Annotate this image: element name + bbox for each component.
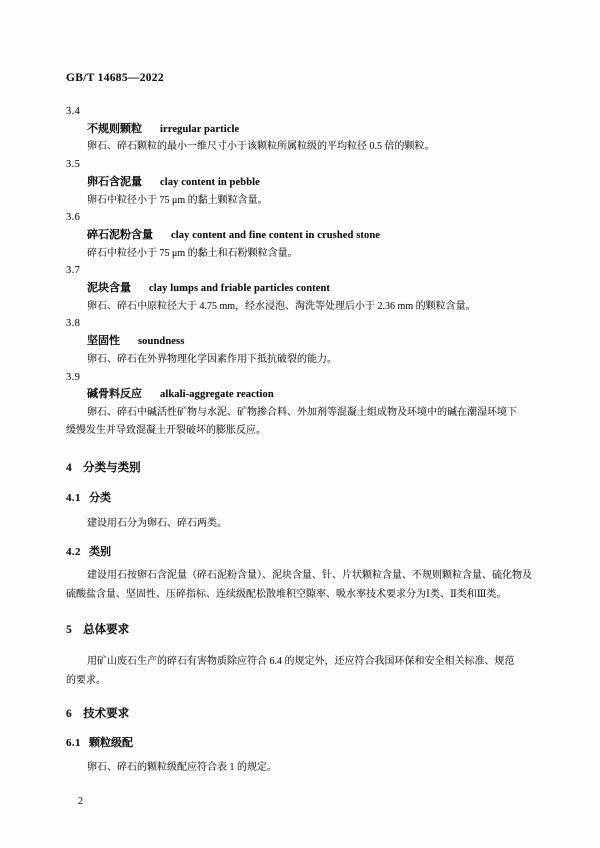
paragraph: 用矿山废石生产的碎石有害物质除应符合 6.4 的规定外，还应符合我国环保和安全相… [66,653,545,691]
subsection-heading: 4.1分类 [66,489,545,507]
definition-line: 缓慢发生并导致混凝土开裂破坏的膨胀反应。 [66,422,545,440]
paragraph-line: 的要求。 [66,672,545,691]
chapter-heading: 4分类与类别 [66,459,545,477]
term-entry: 3.7 泥块含量clay lumps and friable particles… [66,262,545,315]
subsection-number: 4.1 [66,492,81,504]
paragraph: 建设用石按卵石含泥量（碎石泥粉含量）、泥块含量、针、片状颗粒含量、不规则颗粒含量… [66,567,545,605]
term-zh: 碱骨料反应 [87,388,142,400]
chapter-heading: 5总体要求 [66,621,545,639]
paragraph-line: 建设用石分为卵石、碎石两类。 [66,515,545,534]
section-number: 3.8 [66,315,545,333]
term-en: alkali-aggregate reaction [160,389,274,400]
term-title-line: 卵石含泥量clay content in pebble [66,174,545,192]
section-number: 3.5 [66,156,545,174]
paragraph-line: 卵石、碎石的颗粒级配应符合表 1 的规定。 [66,759,545,778]
term-entry: 3.9 碱骨料反应alkali-aggregate reaction 卵石、碎石… [66,369,545,440]
term-zh: 卵石含泥量 [87,176,142,188]
chapter-heading: 6技术要求 [66,705,545,723]
standard-number-header: GB/T 14685—2022 [66,71,545,86]
subsection-heading: 4.2类别 [66,543,545,561]
definition-line: 碎石中粒径小于 75 μm 的黏土和石粉颗粒含量。 [66,245,545,263]
term-title-line: 碎石泥粉含量clay content and fine content in c… [66,227,545,245]
terms-and-definitions: 3.4 不规则颗粒irregular particle 卵石、碎石颗粒的最小一维… [66,103,545,439]
term-title-line: 碱骨料反应alkali-aggregate reaction [66,386,545,404]
subsection-title: 颗粒级配 [89,737,133,749]
term-zh: 泥块含量 [87,282,131,294]
chapter-title: 分类与类别 [83,462,141,474]
definition-line: 卵石中粒径小于 75 μm 的黏土颗粒含量。 [66,192,545,210]
term-entry: 3.5 卵石含泥量clay content in pebble 卵石中粒径小于 … [66,156,545,209]
term-en: soundness [138,336,184,347]
term-en: irregular particle [160,124,239,135]
subsection-title: 分类 [89,492,111,504]
chapter-number: 5 [66,624,72,636]
chapter-title: 技术要求 [83,708,129,720]
chapter-title: 总体要求 [83,624,129,636]
paragraph-line: 硫酸盐含量、坚固性、压碎指标、连续级配松散堆积空隙率、吸水率技术要求分为Ⅰ类、Ⅱ… [66,586,545,605]
term-title-line: 泥块含量clay lumps and friable particles con… [66,280,545,298]
term-entry: 3.4 不规则颗粒irregular particle 卵石、碎石颗粒的最小一维… [66,103,545,156]
term-title-line: 坚固性soundness [66,333,545,351]
term-entry: 3.8 坚固性soundness 卵石、碎石在外界物理化学因素作用下抵抗破裂的能… [66,315,545,368]
section-number: 3.4 [66,103,545,121]
term-title-line: 不规则颗粒irregular particle [66,121,545,139]
paragraph-line: 用矿山废石生产的碎石有害物质除应符合 6.4 的规定外，还应符合我国环保和安全相… [66,653,545,672]
section-number: 3.9 [66,369,545,387]
page-number: 2 [78,795,545,809]
chapter-number: 4 [66,462,72,474]
subsection-number: 6.1 [66,737,81,749]
term-en: clay content in pebble [160,177,260,188]
definition-line: 卵石、碎石颗粒的最小一维尺寸小于该颗粒所属粒级的平均粒径 0.5 倍的颗粒。 [66,138,545,156]
definition-line: 卵石、碎石在外界物理化学因素作用下抵抗破裂的能力。 [66,351,545,369]
term-zh: 碎石泥粉含量 [87,229,153,241]
term-en: clay content and fine content in crushed… [171,230,380,241]
subsection-number: 4.2 [66,546,81,558]
chapter-number: 6 [66,708,72,720]
term-zh: 坚固性 [87,335,120,347]
term-en: clay lumps and friable particles content [149,283,330,294]
paragraph: 卵石、碎石的颗粒级配应符合表 1 的规定。 [66,759,545,778]
section-number: 3.7 [66,262,545,280]
section-number: 3.6 [66,209,545,227]
subsection-heading: 6.1颗粒级配 [66,734,545,752]
paragraph: 建设用石分为卵石、碎石两类。 [66,515,545,534]
definition-line: 卵石、碎石中原粒径大于 4.75 mm，经水浸泡、淘洗等处理后小于 2.36 m… [66,298,545,316]
term-entry: 3.6 碎石泥粉含量clay content and fine content … [66,209,545,262]
paragraph-line: 建设用石按卵石含泥量（碎石泥粉含量）、泥块含量、针、片状颗粒含量、不规则颗粒含量… [66,567,545,586]
subsection-title: 类别 [89,546,111,558]
definition-line: 卵石、碎石中碱活性矿物与水泥、矿物掺合料、外加剂等混凝土组成物及环境中的碱在潮湿… [66,404,545,422]
term-zh: 不规则颗粒 [87,123,142,135]
document-page: GB/T 14685—2022 3.4 不规则颗粒irregular parti… [0,0,600,848]
